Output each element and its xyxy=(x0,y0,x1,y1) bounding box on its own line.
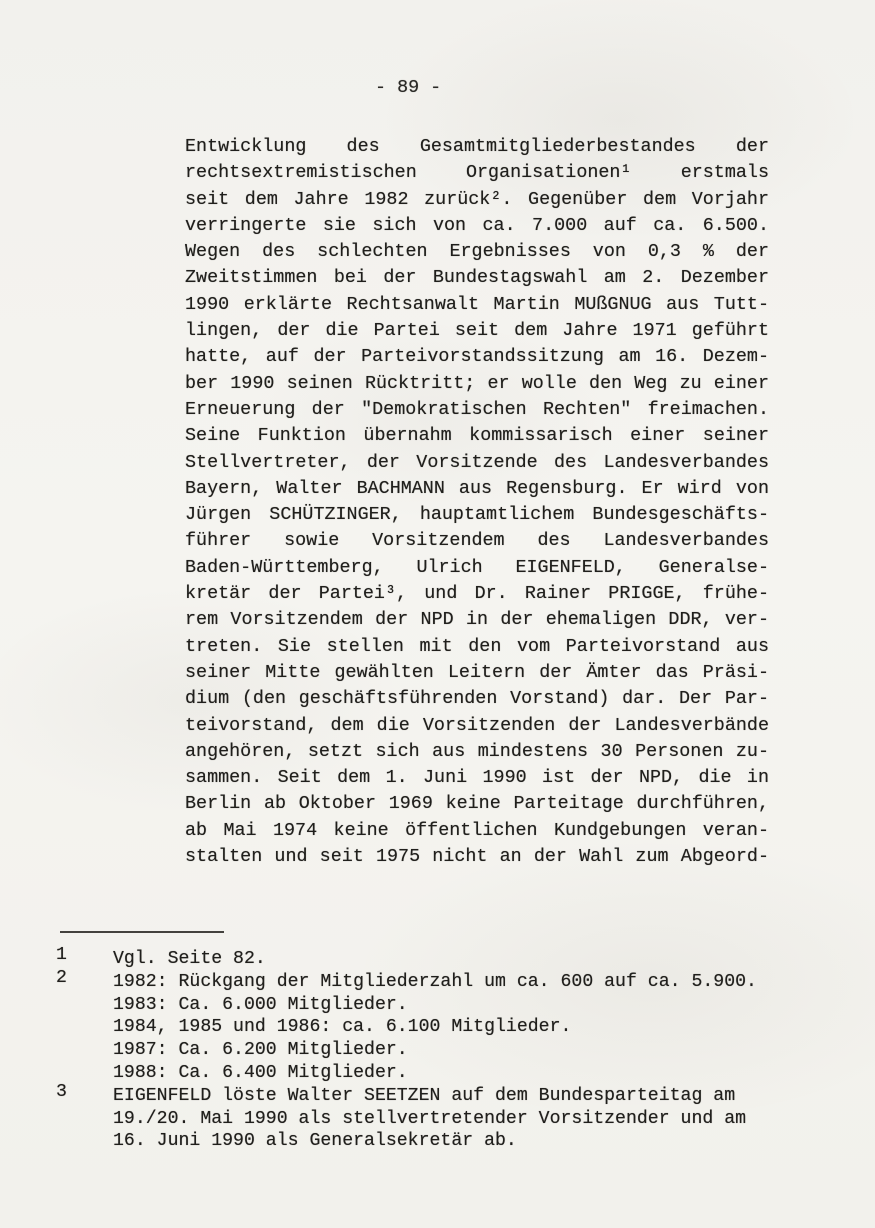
body-text-line: rechtsextremistischen Organisationen¹ er… xyxy=(185,160,769,186)
footnote: 21982: Rückgang der Mitgliederzahl um ca… xyxy=(56,971,816,1085)
footnote-number: 1 xyxy=(56,944,113,967)
footnote-text: Vgl. Seite 82. xyxy=(113,948,816,971)
document-page: - 89 - Entwicklung des Gesamtmitgliederb… xyxy=(0,0,875,1228)
body-text-line: führer sowie Vorsitzendem des Landesverb… xyxy=(185,528,769,554)
body-text-line: Jürgen SCHÜTZINGER, hauptamtlichem Bunde… xyxy=(185,502,769,528)
body-text-line: stalten und seit 1975 nicht an der Wahl … xyxy=(185,844,769,870)
footnote-text-line: 19./20. Mai 1990 als stellvertretender V… xyxy=(113,1108,816,1131)
footnote-separator xyxy=(60,931,224,933)
body-text-line: ab Mai 1974 keine öffentlichen Kundgebun… xyxy=(185,818,769,844)
page-number: - 89 - xyxy=(375,78,441,98)
body-text-line: sammen. Seit dem 1. Juni 1990 ist der NP… xyxy=(185,765,769,791)
body-text-line: kretär der Partei³, und Dr. Rainer PRIGG… xyxy=(185,581,769,607)
body-text-line: Entwicklung des Gesamtmitgliederbestande… xyxy=(185,134,769,160)
body-text-line: hatte, auf der Parteivorstandssitzung am… xyxy=(185,344,769,370)
body-text-line: ber 1990 seinen Rücktritt; er wolle den … xyxy=(185,371,769,397)
body-text-line: Erneuerung der "Demokratischen Rechten" … xyxy=(185,397,769,423)
body-text-line: verringerte sie sich von ca. 7.000 auf c… xyxy=(185,213,769,239)
footnote-number: 3 xyxy=(56,1081,113,1104)
body-text-line: treten. Sie stellen mit den vom Parteivo… xyxy=(185,634,769,660)
footnote-text: 1982: Rückgang der Mitgliederzahl um ca.… xyxy=(113,971,816,1085)
footnote-text-line: 1987: Ca. 6.200 Mitglieder. xyxy=(113,1039,816,1062)
body-text-line: dium (den geschäftsführenden Vorstand) d… xyxy=(185,686,769,712)
body-text-line: Zweitstimmen bei der Bundestagswahl am 2… xyxy=(185,265,769,291)
footnote-text-line: 1984, 1985 und 1986: ca. 6.100 Mitgliede… xyxy=(113,1016,816,1039)
footnote-text-line: 16. Juni 1990 als Generalsekretär ab. xyxy=(113,1130,816,1153)
body-text-line: Bayern, Walter BACHMANN aus Regensburg. … xyxy=(185,476,769,502)
footnote: 3EIGENFELD löste Walter SEETZEN auf dem … xyxy=(56,1085,816,1153)
footnotes-list: 1Vgl. Seite 82.21982: Rückgang der Mitgl… xyxy=(56,948,816,1153)
footnote-text-line: 1982: Rückgang der Mitgliederzahl um ca.… xyxy=(113,971,816,994)
footnote-number: 2 xyxy=(56,967,113,990)
footnote-text-line: 1988: Ca. 6.400 Mitglieder. xyxy=(113,1062,816,1085)
body-text: Entwicklung des Gesamtmitgliederbestande… xyxy=(185,134,769,870)
footnote-text-line: EIGENFELD löste Walter SEETZEN auf dem B… xyxy=(113,1085,816,1108)
footnote-text: EIGENFELD löste Walter SEETZEN auf dem B… xyxy=(113,1085,816,1153)
footnote-text-line: 1983: Ca. 6.000 Mitglieder. xyxy=(113,994,816,1017)
body-text-line: teivorstand, dem die Vorsitzenden der La… xyxy=(185,713,769,739)
body-text-line: seit dem Jahre 1982 zurück². Gegenüber d… xyxy=(185,187,769,213)
body-text-line: Wegen des schlechten Ergebnisses von 0,3… xyxy=(185,239,769,265)
body-text-line: Stellvertreter, der Vorsitzende des Land… xyxy=(185,450,769,476)
body-text-line: Seine Funktion übernahm kommissarisch ei… xyxy=(185,423,769,449)
footnote: 1Vgl. Seite 82. xyxy=(56,948,816,971)
body-text-line: angehören, setzt sich aus mindestens 30 … xyxy=(185,739,769,765)
body-text-line: Baden-Württemberg, Ulrich EIGENFELD, Gen… xyxy=(185,555,769,581)
body-text-line: rem Vorsitzendem der NPD in der ehemalig… xyxy=(185,607,769,633)
body-text-line: 1990 erklärte Rechtsanwalt Martin MUßGNU… xyxy=(185,292,769,318)
footnote-text-line: Vgl. Seite 82. xyxy=(113,948,816,971)
body-text-line: Berlin ab Oktober 1969 keine Parteitage … xyxy=(185,791,769,817)
body-text-line: lingen, der die Partei seit dem Jahre 19… xyxy=(185,318,769,344)
body-text-line: seiner Mitte gewählten Leitern der Ämter… xyxy=(185,660,769,686)
